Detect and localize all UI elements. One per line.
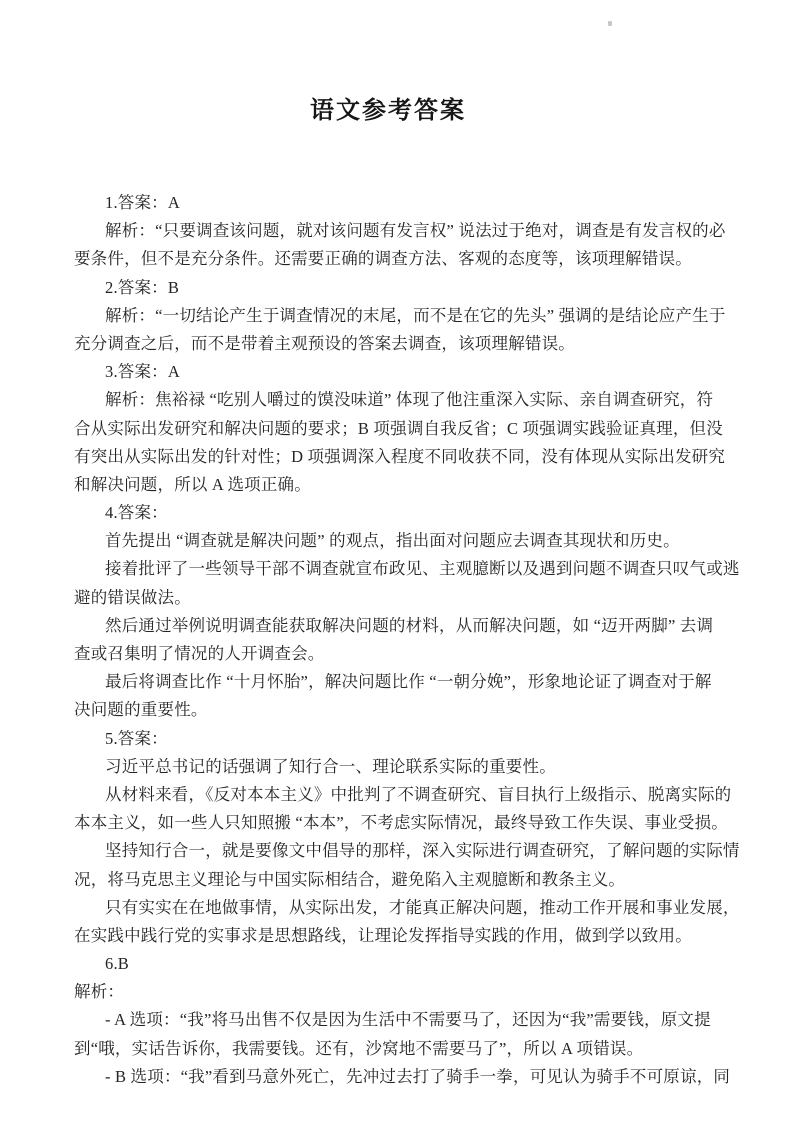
answer-5-label: 5.答案： <box>74 725 734 753</box>
answer-5-point: 习近平总书记的话强调了知行合一、理论联系实际的重要性。 <box>74 753 734 781</box>
answer-5-point: 从材料来看，《反对本本主义》中批判了不调查研究、盲目执行上级指示、脱离实际的 <box>74 781 734 809</box>
answer-4-point: 接着批评了一些领导干部不调查就宣布政见、主观臆断以及遇到问题不调查只叹气或逃 <box>74 555 734 583</box>
answer-1-analysis: 解析：“只要调查该问题，就对该问题有发言权” 说法过于绝对，调查是有发言权的必 <box>74 217 734 245</box>
answer-4-point: 避的错误做法。 <box>74 584 734 612</box>
scan-artifact-dot <box>608 21 612 26</box>
answer-3-analysis: 解析：焦裕禄 “吃别人嚼过的馍没味道” 体现了他注重深入实际、亲自调查研究，符 <box>74 386 734 414</box>
answer-3-analysis: 合从实际出发研究和解决问题的要求；B 项强调自我反省；C 项强调实践验证真理，但… <box>74 415 734 443</box>
answer-2-analysis: 充分调查之后，而不是带着主观预设的答案去调查，该项理解错误。 <box>74 330 734 358</box>
answer-6-label: 6.B <box>74 950 734 978</box>
answer-5-point: 只有实实在在地做事情，从实际出发，才能真正解决问题，推动工作开展和事业发展， <box>74 894 734 922</box>
answer-6-option-a: 到“哦，实话告诉你，我需要钱。还有，沙窝地不需要马了”，所以 A 项错误。 <box>74 1035 734 1063</box>
answer-4-point: 然后通过举例说明调查能获取解决问题的材料，从而解决问题，如 “迈开两脚” 去调 <box>74 612 734 640</box>
answer-6-option-a: - A 选项：“我”将马出售不仅是因为生活中不需要马了，还因为“我”需要钱，原文… <box>74 1006 734 1034</box>
answer-5-point: 况，将马克思主义理论与中国实际相结合，避免陷入主观臆断和教条主义。 <box>74 866 734 894</box>
answer-5-point: 在实践中践行党的实事求是思想路线，让理论发挥指导实践的作用，做到学以致用。 <box>74 922 734 950</box>
answer-5-point: 坚持知行合一，就是要像文中倡导的那样，深入实际进行调查研究，了解问题的实际情 <box>74 837 734 865</box>
answer-4-point: 决问题的重要性。 <box>74 696 734 724</box>
answer-6-analysis-heading: 解析： <box>74 978 734 1006</box>
document-page: 语文参考答案 1.答案：A 解析：“只要调查该问题，就对该问题有发言权” 说法过… <box>0 0 800 1128</box>
answer-1-label: 1.答案：A <box>74 189 734 217</box>
answer-key-body: 1.答案：A 解析：“只要调查该问题，就对该问题有发言权” 说法过于绝对，调查是… <box>74 189 734 1091</box>
answer-2-analysis: 解析：“一切结论产生于调查情况的末尾，而不是在它的先头” 强调的是结论应产生于 <box>74 302 734 330</box>
answer-6-option-b: - B 选项：“我”看到马意外死亡，先冲过去打了骑手一拳，可见认为骑手不可原谅，… <box>74 1063 734 1091</box>
answer-3-analysis: 有突出从实际出发的针对性；D 项强调深入程度不同收获不同，没有体现从实际出发研究 <box>74 443 734 471</box>
answer-4-point: 最后将调查比作 “十月怀胎”，解决问题比作 “一朝分娩”，形象地论证了调查对于解 <box>74 668 734 696</box>
page-title: 语文参考答案 <box>0 90 776 125</box>
answer-2-label: 2.答案：B <box>74 274 734 302</box>
answer-1-analysis: 要条件，但不是充分条件。还需要正确的调查方法、客观的态度等，该项理解错误。 <box>74 245 734 273</box>
answer-4-label: 4.答案： <box>74 499 734 527</box>
answer-4-point: 首先提出 “调查就是解决问题” 的观点，指出面对问题应去调查其现状和历史。 <box>74 527 734 555</box>
answer-4-point: 查或召集明了情况的人开调查会。 <box>74 640 734 668</box>
answer-3-analysis: 和解决问题，所以 A 选项正确。 <box>74 471 734 499</box>
answer-5-point: 本本主义，如一些人只知照搬 “本本”，不考虑实际情况，最终导致工作失误、事业受损… <box>74 809 734 837</box>
answer-3-label: 3.答案：A <box>74 358 734 386</box>
